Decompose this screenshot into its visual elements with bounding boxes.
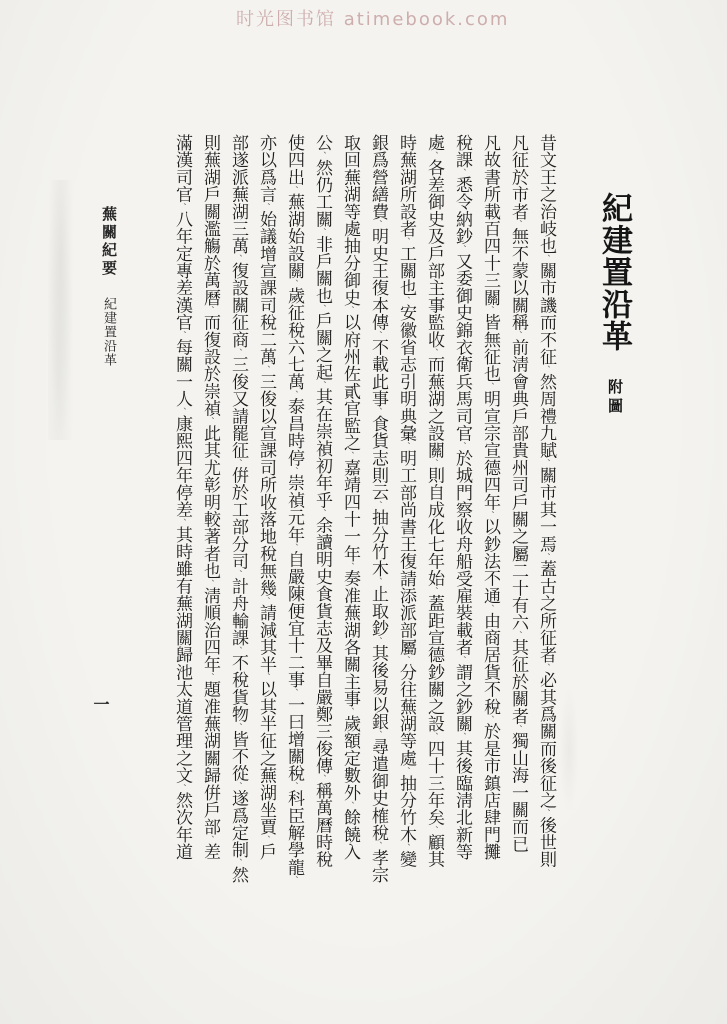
margin-chapter-title: 紀建置沿革 <box>100 297 119 367</box>
text-column: 亦以爲言、始議增宣課司稅二萬、三俊以宣課司所收落地稅無幾、請減其半、以其半征之蕪… <box>252 134 280 894</box>
title-attachment-note: 附圖 <box>604 379 625 417</box>
scan-smudge <box>560 690 578 810</box>
text-column: 稅課、悉令納鈔、又委御史錦衣衛兵馬司官、於城門察收舟船受雇裝載者、謂之鈔關、其後… <box>448 134 476 894</box>
page-title: 紀建置沿革 <box>592 192 637 352</box>
margin-book-title: 蕪關紀要 <box>98 206 119 278</box>
text-column: 處、各差御史及戶部主事監收、而蕪湖之設關、則自成化七年始、蓋距宣德鈔關之設、四十… <box>420 134 448 894</box>
text-column: 銀爲營繕費、明史王復本傳、不載此事、食貨志則云、抽分竹木、止取鈔、其後易以銀、尋… <box>364 134 392 894</box>
text-column: 使四出、蕪湖始設關、歲征稅六七萬、泰昌時停、崇禎元年、自嚴陳便宜十二事、一曰增關… <box>280 134 308 894</box>
text-column: 時蕪湖所設者、工關也、安徽省志引明典彙、明工部尚書王復請添派部屬、分往蕪湖等處、… <box>392 134 420 894</box>
text-column: 昔文王之治岐也、關市譏而不征、然周禮九賦、關市其一焉、蓋古之所征者、必其爲關而後… <box>532 134 560 894</box>
text-column: 部遂派蕪湖三萬、復設關征商、三俊又請罷征、倂於工部分司、計舟輸課、不稅貨物、皆不… <box>224 134 252 894</box>
main-text-block: 昔文王之治岐也、關市譏而不征、然周禮九賦、關市其一焉、蓋古之所征者、必其爲關而後… <box>168 134 560 894</box>
text-column: 凡故書所載百四十三關、皆無征也、明宣宗宣德四年、以鈔法不通、由商居貨不稅、於是市… <box>476 134 504 894</box>
scan-smudge <box>48 180 74 440</box>
chapter-title-column: 紀建置沿革 附圖 <box>592 192 637 417</box>
text-column: 滿漢司官、八年定專差漢官、每關一人、康熙四年停差、其時雖有蕪湖關歸池太道管理之文… <box>168 134 196 894</box>
watermark: 时光图书馆 atimebook.com <box>236 5 509 31</box>
page-number: 一 <box>88 696 111 712</box>
text-column: 凡征於市者、無不蒙以關稱、前淸會典戶部貴州司戶關之屬二十有六、其征於關者、獨山海… <box>504 134 532 894</box>
text-column: 則蕪湖戶關濫觴於萬曆、而復設於崇禎、此其尤彰明較著者也、淸順治四年、題准蕪湖關歸… <box>196 134 224 894</box>
scanned-book-page: 时光图书馆 atimebook.com 紀建置沿革 附圖 昔文王之治岐也、關市譏… <box>0 0 727 1024</box>
text-column: 公、然仍工關、非戶關也、戶關之起、其在崇禎初年乎、余讀明史食貨志及畢自嚴鄭三俊傳… <box>308 134 336 894</box>
text-column: 取回蕪湖等處抽分御史、以府州佐貳官監之、嘉靖四十一年、奏准蕪湖各關主事、歲額定數… <box>336 134 364 894</box>
